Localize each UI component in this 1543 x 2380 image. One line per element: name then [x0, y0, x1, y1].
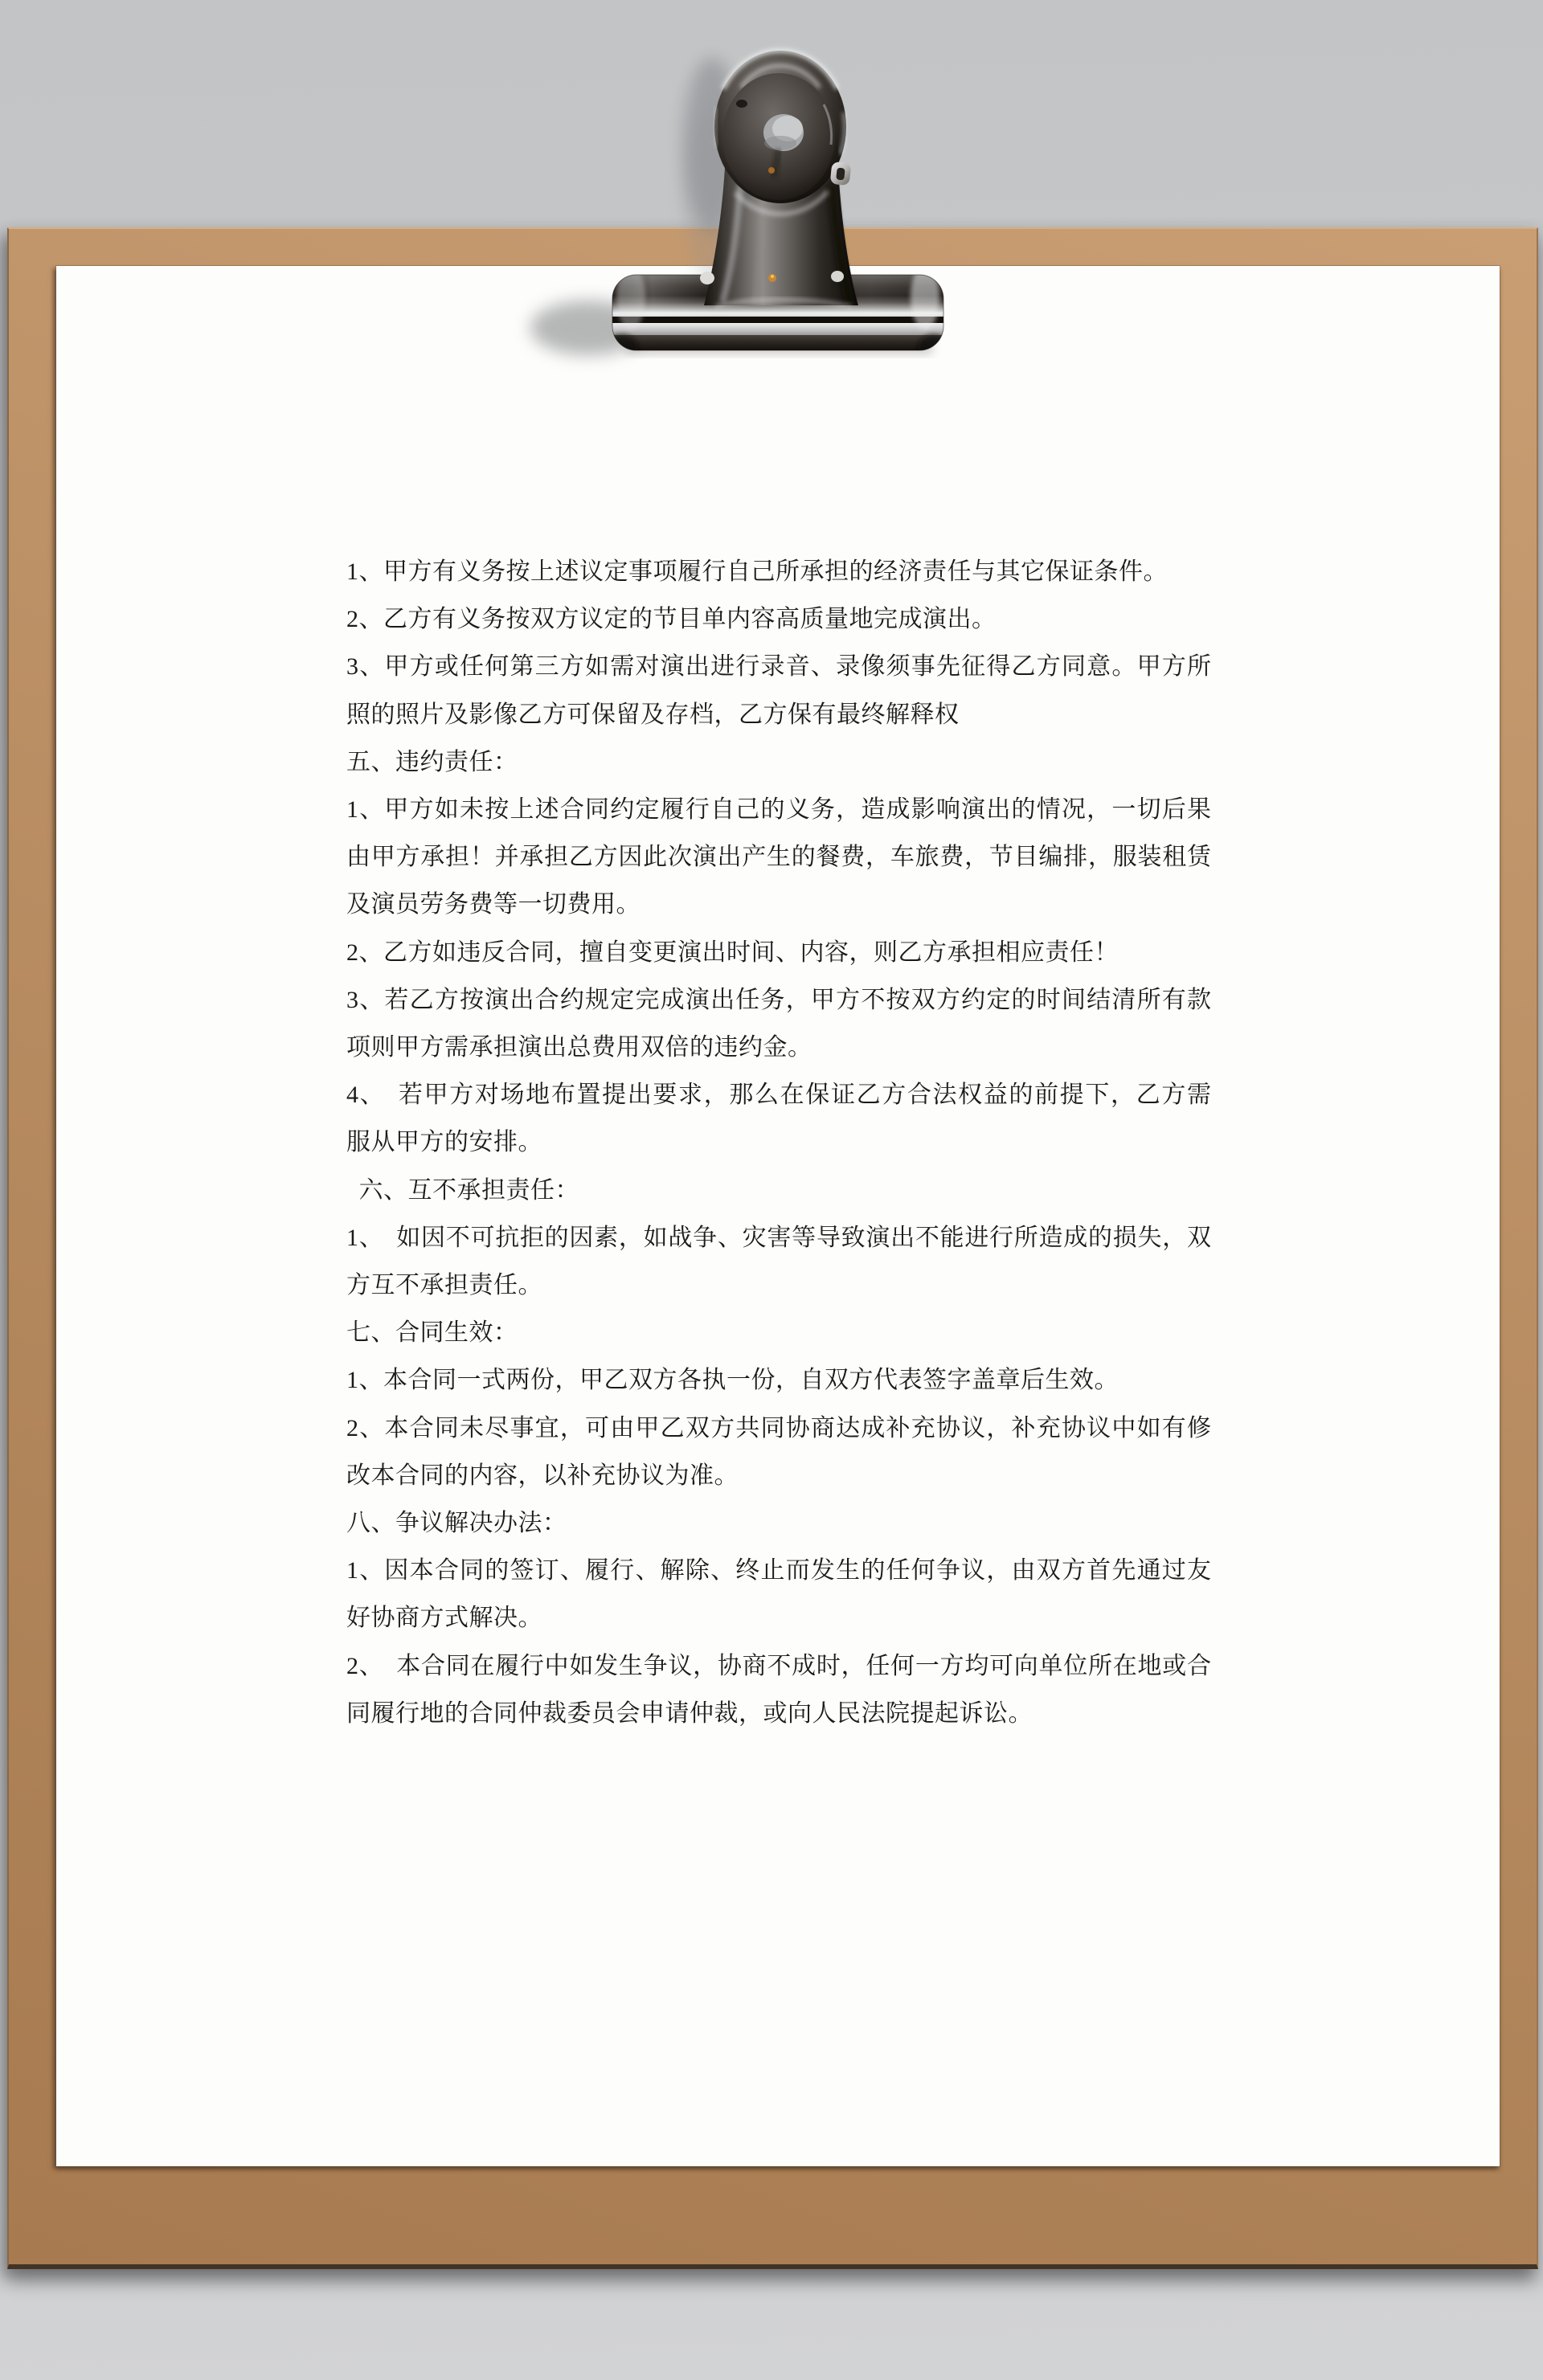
contract-line: 1、 如因不可抗拒的因素，如战争、灾害等导致演出不能进行所造成的损失，双 — [346, 1214, 1211, 1262]
contract-line: 同履行地的合同仲裁委员会申请仲裁，或向人民法院提起诉讼。 — [346, 1690, 1211, 1737]
contract-line: 好协商方式解决。 — [346, 1594, 1211, 1642]
contract-line: 八、争议解决办法： — [346, 1499, 1211, 1547]
contract-line: 3、甲方或任何第三方如需对演出进行录音、录像须事先征得乙方同意。甲方所 — [346, 643, 1211, 690]
contract-line: 2、乙方如违反合同，擅自变更演出时间、内容，则乙方承担相应责任！ — [346, 929, 1211, 976]
contract-line: 1、因本合同的签订、履行、解除、终止而发生的任何争议，由双方首先通过友 — [346, 1547, 1211, 1594]
contract-line: 六、互不承担责任： — [346, 1167, 1211, 1214]
clip-latch — [830, 162, 852, 186]
contract-line: 方互不承担责任。 — [346, 1262, 1211, 1309]
binder-clip-icon — [555, 24, 972, 370]
contract-line: 1、甲方如未按上述合同约定履行自己的义务，造成影响演出的情况，一切后果 — [346, 786, 1211, 833]
contract-line: 2、乙方有义务按双方议定的节目单内容高质量地完成演出。 — [346, 595, 1211, 643]
contract-line: 项则甲方需承担演出总费用双倍的违约金。 — [346, 1024, 1211, 1071]
contract-line: 4、 若甲方对场地布置提出要求，那么在保证乙方合法权益的前提下，乙方需 — [346, 1071, 1211, 1118]
contract-line: 1、本合同一式两份，甲乙双方各执一份，自双方代表签字盖章后生效。 — [346, 1356, 1211, 1404]
contract-line: 照的照片及影像乙方可保留及存档，乙方保有最终解释权 — [346, 691, 1211, 738]
contract-line: 及演员劳务费等一切费用。 — [346, 881, 1211, 928]
wall-background: 1、甲方有义务按上述议定事项履行自己所承担的经济责任与其它保证条件。2、乙方有义… — [0, 0, 1543, 2380]
contract-line: 1、甲方有义务按上述议定事项履行自己所承担的经济责任与其它保证条件。 — [346, 548, 1211, 595]
contract-line: 五、违约责任： — [346, 738, 1211, 786]
contract-line: 由甲方承担！并承担乙方因此次演出产生的餐费，车旅费，节目编排，服装租赁 — [346, 833, 1211, 881]
contract-text: 1、甲方有义务按上述议定事项履行自己所承担的经济责任与其它保证条件。2、乙方有义… — [346, 548, 1211, 1737]
contract-line: 改本合同的内容，以补充协议为准。 — [346, 1452, 1211, 1499]
contract-line: 3、若乙方按演出合约规定完成演出任务，甲方不按双方约定的时间结清所有款 — [346, 976, 1211, 1024]
contract-line: 七、合同生效： — [346, 1309, 1211, 1356]
contract-line: 服从甲方的安排。 — [346, 1118, 1211, 1166]
contract-paper: 1、甲方有义务按上述议定事项履行自己所承担的经济责任与其它保证条件。2、乙方有义… — [56, 266, 1500, 2166]
contract-line: 2、 本合同在履行中如发生争议，协商不成时，任何一方均可向单位所在地或合 — [346, 1642, 1211, 1690]
contract-line: 2、本合同未尽事宜，可由甲乙双方共同协商达成补充协议，补充协议中如有修 — [346, 1405, 1211, 1452]
